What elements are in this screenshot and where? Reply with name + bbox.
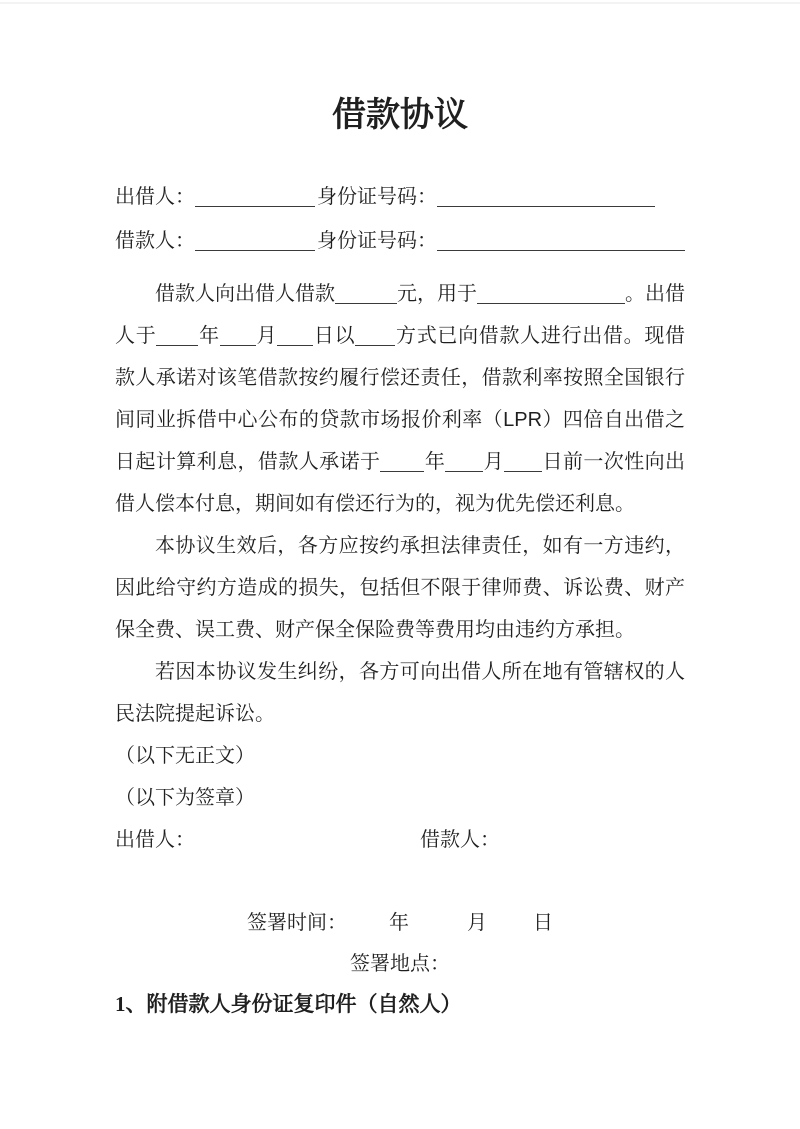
fill-in-blank — [335, 289, 397, 304]
fill-in-blank — [355, 331, 395, 346]
body-paragraph: 本协议生效后，各方应按约承担法律责任，如有一方违约，因此给守约方造成的损失，包括… — [115, 525, 685, 651]
attachment-number: 1、 — [115, 992, 147, 1016]
lender-id-blank — [437, 192, 655, 207]
signing-date-line: 签署时间：年月日 — [115, 902, 685, 944]
lender-label: 出借人： — [115, 186, 195, 208]
fill-in-blank — [380, 457, 424, 472]
document-page: 借款协议 出借人：身份证号码： 借款人：身份证号码： 借款人向出借人借款元，用于… — [0, 0, 800, 1129]
borrower-signature-label: 借款人： — [420, 819, 500, 861]
document-title: 借款协议 — [0, 93, 800, 137]
signing-time-label: 签署时间： — [247, 912, 347, 934]
lender-line: 出借人：身份证号码： — [115, 175, 685, 219]
signing-day-label: 日 — [533, 912, 553, 934]
attachment-line: 1、附借款人身份证复印件（自然人） — [115, 984, 685, 1025]
borrower-line: 借款人：身份证号码： — [115, 219, 685, 263]
document-content: 出借人：身份证号码： 借款人：身份证号码： 借款人向出借人借款元，用于。出借人于… — [115, 175, 685, 1025]
note-no-more-text: （以下无正文） — [115, 735, 685, 777]
body-paragraph: 借款人向出借人借款元，用于。出借人于年月日以方式已向借款人进行出借。现借款人承诺… — [115, 273, 685, 525]
borrower-id-label: 身份证号码： — [317, 230, 437, 252]
fill-in-blank — [477, 289, 625, 304]
body-paragraph: 若因本协议发生纠纷，各方可向出借人所在地有管辖权的人民法院提起诉讼。 — [115, 651, 685, 735]
borrower-name-blank — [195, 236, 315, 251]
fill-in-blank — [220, 331, 256, 346]
signing-place-line: 签署地点： — [115, 944, 685, 984]
signing-year-label: 年 — [389, 912, 409, 934]
fill-in-blank — [445, 457, 483, 472]
party-block: 出借人：身份证号码： 借款人：身份证号码： — [115, 175, 685, 263]
agreement-body: 借款人向出借人借款元，用于。出借人于年月日以方式已向借款人进行出借。现借款人承诺… — [115, 273, 685, 735]
page-top-edge — [0, 2, 800, 4]
fill-in-blank — [277, 331, 313, 346]
lender-signature-label: 出借人： — [115, 819, 195, 861]
fill-in-blank — [156, 331, 198, 346]
borrower-id-blank — [437, 236, 685, 251]
lender-name-blank — [195, 192, 315, 207]
lender-id-label: 身份证号码： — [317, 186, 437, 208]
borrower-label: 借款人： — [115, 230, 195, 252]
signature-row: 出借人： 借款人： — [115, 819, 685, 861]
signing-month-label: 月 — [467, 912, 487, 934]
fill-in-blank — [504, 457, 542, 472]
attachment-text: 附借款人身份证复印件（自然人） — [147, 993, 462, 1016]
note-signatures-below: （以下为签章） — [115, 777, 685, 819]
